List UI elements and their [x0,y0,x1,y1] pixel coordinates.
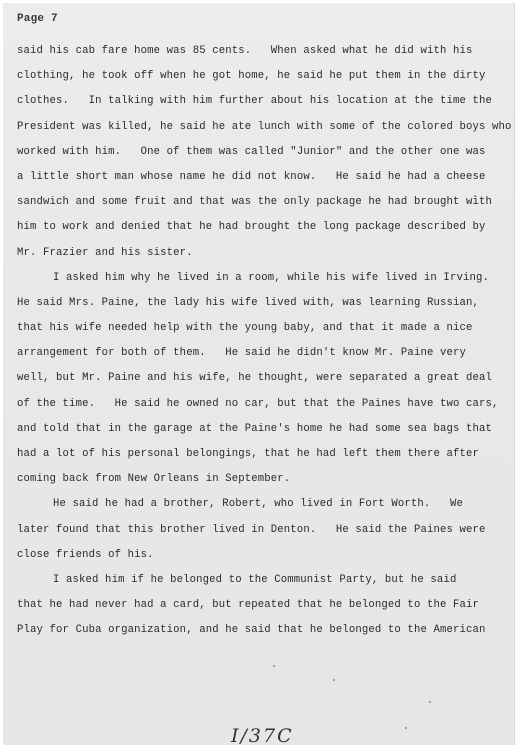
document-body: said his cab fare home was 85 cents. Whe… [17,39,507,644]
text-line: close friends of his. [17,543,507,568]
text-line: had a lot of his personal belongings, th… [17,442,507,467]
speck [333,679,335,681]
document-page: Page 7 said his cab fare home was 85 cen… [3,3,515,745]
text-line: arrangement for both of them. He said he… [17,341,507,366]
text-line: sandwich and some fruit and that was the… [17,190,507,215]
text-line: said his cab fare home was 85 cents. Whe… [17,39,507,64]
text-line: him to work and denied that he had broug… [17,215,507,240]
speck [429,701,431,703]
text-line: coming back from New Orleans in Septembe… [17,467,507,492]
text-line: He said he had a brother, Robert, who li… [17,492,507,517]
handwritten-annotation: I/37C [231,725,294,747]
text-line: a little short man whose name he did not… [17,165,507,190]
speck [405,727,407,729]
text-line: I asked him if he belonged to the Commun… [17,568,507,593]
text-line: that he had never had a card, but repeat… [17,593,507,618]
text-line: well, but Mr. Paine and his wife, he tho… [17,366,507,391]
text-line: clothing, he took off when he got home, … [17,64,507,89]
speck [273,665,275,667]
text-line: and told that in the garage at the Paine… [17,417,507,442]
text-line: President was killed, he said he ate lun… [17,115,507,140]
speck [474,195,476,197]
text-line: of the time. He said he owned no car, bu… [17,392,507,417]
text-line: later found that this brother lived in D… [17,518,507,543]
text-line: worked with him. One of them was called … [17,140,507,165]
page-number: Page 7 [17,13,58,25]
text-line: Mr. Frazier and his sister. [17,241,507,266]
text-line: He said Mrs. Paine, the lady his wife li… [17,291,507,316]
text-line: Play for Cuba organization, and he said … [17,618,507,643]
text-line: clothes. In talking with him further abo… [17,89,507,114]
text-line: I asked him why he lived in a room, whil… [17,266,507,291]
text-line: that his wife needed help with the young… [17,316,507,341]
